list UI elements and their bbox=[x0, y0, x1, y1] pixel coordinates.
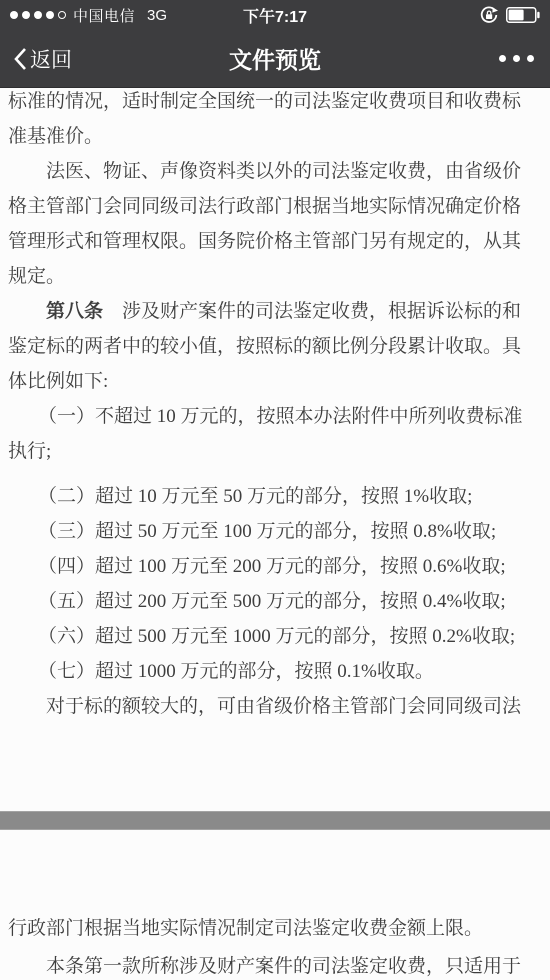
phone-screen: 中国电信 3G 下午7:17 bbox=[0, 0, 550, 980]
more-dots-icon bbox=[499, 55, 506, 62]
battery-icon bbox=[506, 7, 540, 23]
doc-line-fee-item-1: （一）不超过 10 万元的，按照本办法附件中所列收费标准 bbox=[8, 399, 532, 434]
doc-line: 执行; bbox=[8, 434, 532, 469]
network-type-label: 3G bbox=[147, 7, 167, 24]
page-title: 文件预览 bbox=[0, 42, 550, 75]
doc-line-fee-item-4: （四）超过 100 万元至 200 万元的部分，按照 0.6%收取; bbox=[8, 549, 532, 584]
carrier-label: 中国电信 bbox=[73, 5, 135, 26]
page-separator bbox=[0, 811, 550, 830]
doc-line-fee-item-2: （二）超过 10 万元至 50 万元的部分，按照 1%收取; bbox=[8, 479, 532, 514]
article-number: 第八条 bbox=[46, 301, 103, 322]
app-header: 中国电信 3G 下午7:17 bbox=[0, 0, 550, 88]
doc-line-fee-item-7: （七）超过 1000 万元的部分，按照 0.1%收取。 bbox=[8, 654, 532, 689]
doc-line-fee-item-3: （三）超过 50 万元至 100 万元的部分，按照 0.8%收取; bbox=[8, 514, 532, 549]
doc-line: 对于标的额较大的，可由省级价格主管部门会同同级司法 bbox=[8, 689, 532, 724]
document-page-2: 行政部门根据当地实际情况制定司法鉴定收费金额上限。 本条第一款所称涉及财产案件的… bbox=[0, 910, 550, 980]
doc-line: 体比例如下: bbox=[8, 364, 532, 399]
back-button[interactable]: 返回 bbox=[14, 44, 72, 74]
doc-line: 准基准价。 bbox=[8, 119, 532, 154]
doc-line-fee-item-6: （六）超过 500 万元至 1000 万元的部分，按照 0.2%收取; bbox=[8, 619, 532, 654]
back-chevron-icon bbox=[14, 47, 27, 71]
document-page-1: 标准的情况，适时制定全国统一的司法鉴定收费项目和收费标 准基准价。 法医、物证、… bbox=[0, 84, 550, 724]
more-button[interactable] bbox=[497, 49, 536, 68]
doc-line: 格主管部门会同同级司法行政部门根据当地实际情况确定价格 bbox=[8, 189, 532, 224]
status-bar: 中国电信 3G 下午7:17 bbox=[0, 0, 550, 30]
rotation-lock-icon bbox=[479, 5, 499, 25]
doc-line-article-8: 第八条 涉及财产案件的司法鉴定收费，根据诉讼标的和 bbox=[8, 294, 532, 329]
doc-line: 标准的情况，适时制定全国统一的司法鉴定收费项目和收费标 bbox=[8, 84, 532, 119]
doc-line: 法医、物证、声像资料类以外的司法鉴定收费，由省级价 bbox=[8, 154, 532, 189]
back-button-label: 返回 bbox=[30, 44, 72, 74]
doc-line: 行政部门根据当地实际情况制定司法鉴定收费金额上限。 bbox=[8, 910, 532, 948]
doc-line: 鉴定标的两者中的较小值，按照标的额比例分段累计收取。具 bbox=[8, 329, 532, 364]
doc-line-fee-item-5: （五）超过 200 万元至 500 万元的部分，按照 0.4%收取; bbox=[8, 584, 532, 619]
doc-line: 规定。 bbox=[8, 259, 532, 294]
doc-line: 管理形式和管理权限。国务院价格主管部门另有规定的，从其 bbox=[8, 224, 532, 259]
cell-signal-icon bbox=[10, 11, 66, 19]
document-preview-scroll-area[interactable]: 标准的情况，适时制定全国统一的司法鉴定收费项目和收费标 准基准价。 法医、物证、… bbox=[0, 88, 550, 980]
nav-bar: 返回 文件预览 bbox=[0, 30, 550, 87]
doc-line: 本条第一款所称涉及财产案件的司法鉴定收费，只适用于 bbox=[8, 948, 532, 980]
